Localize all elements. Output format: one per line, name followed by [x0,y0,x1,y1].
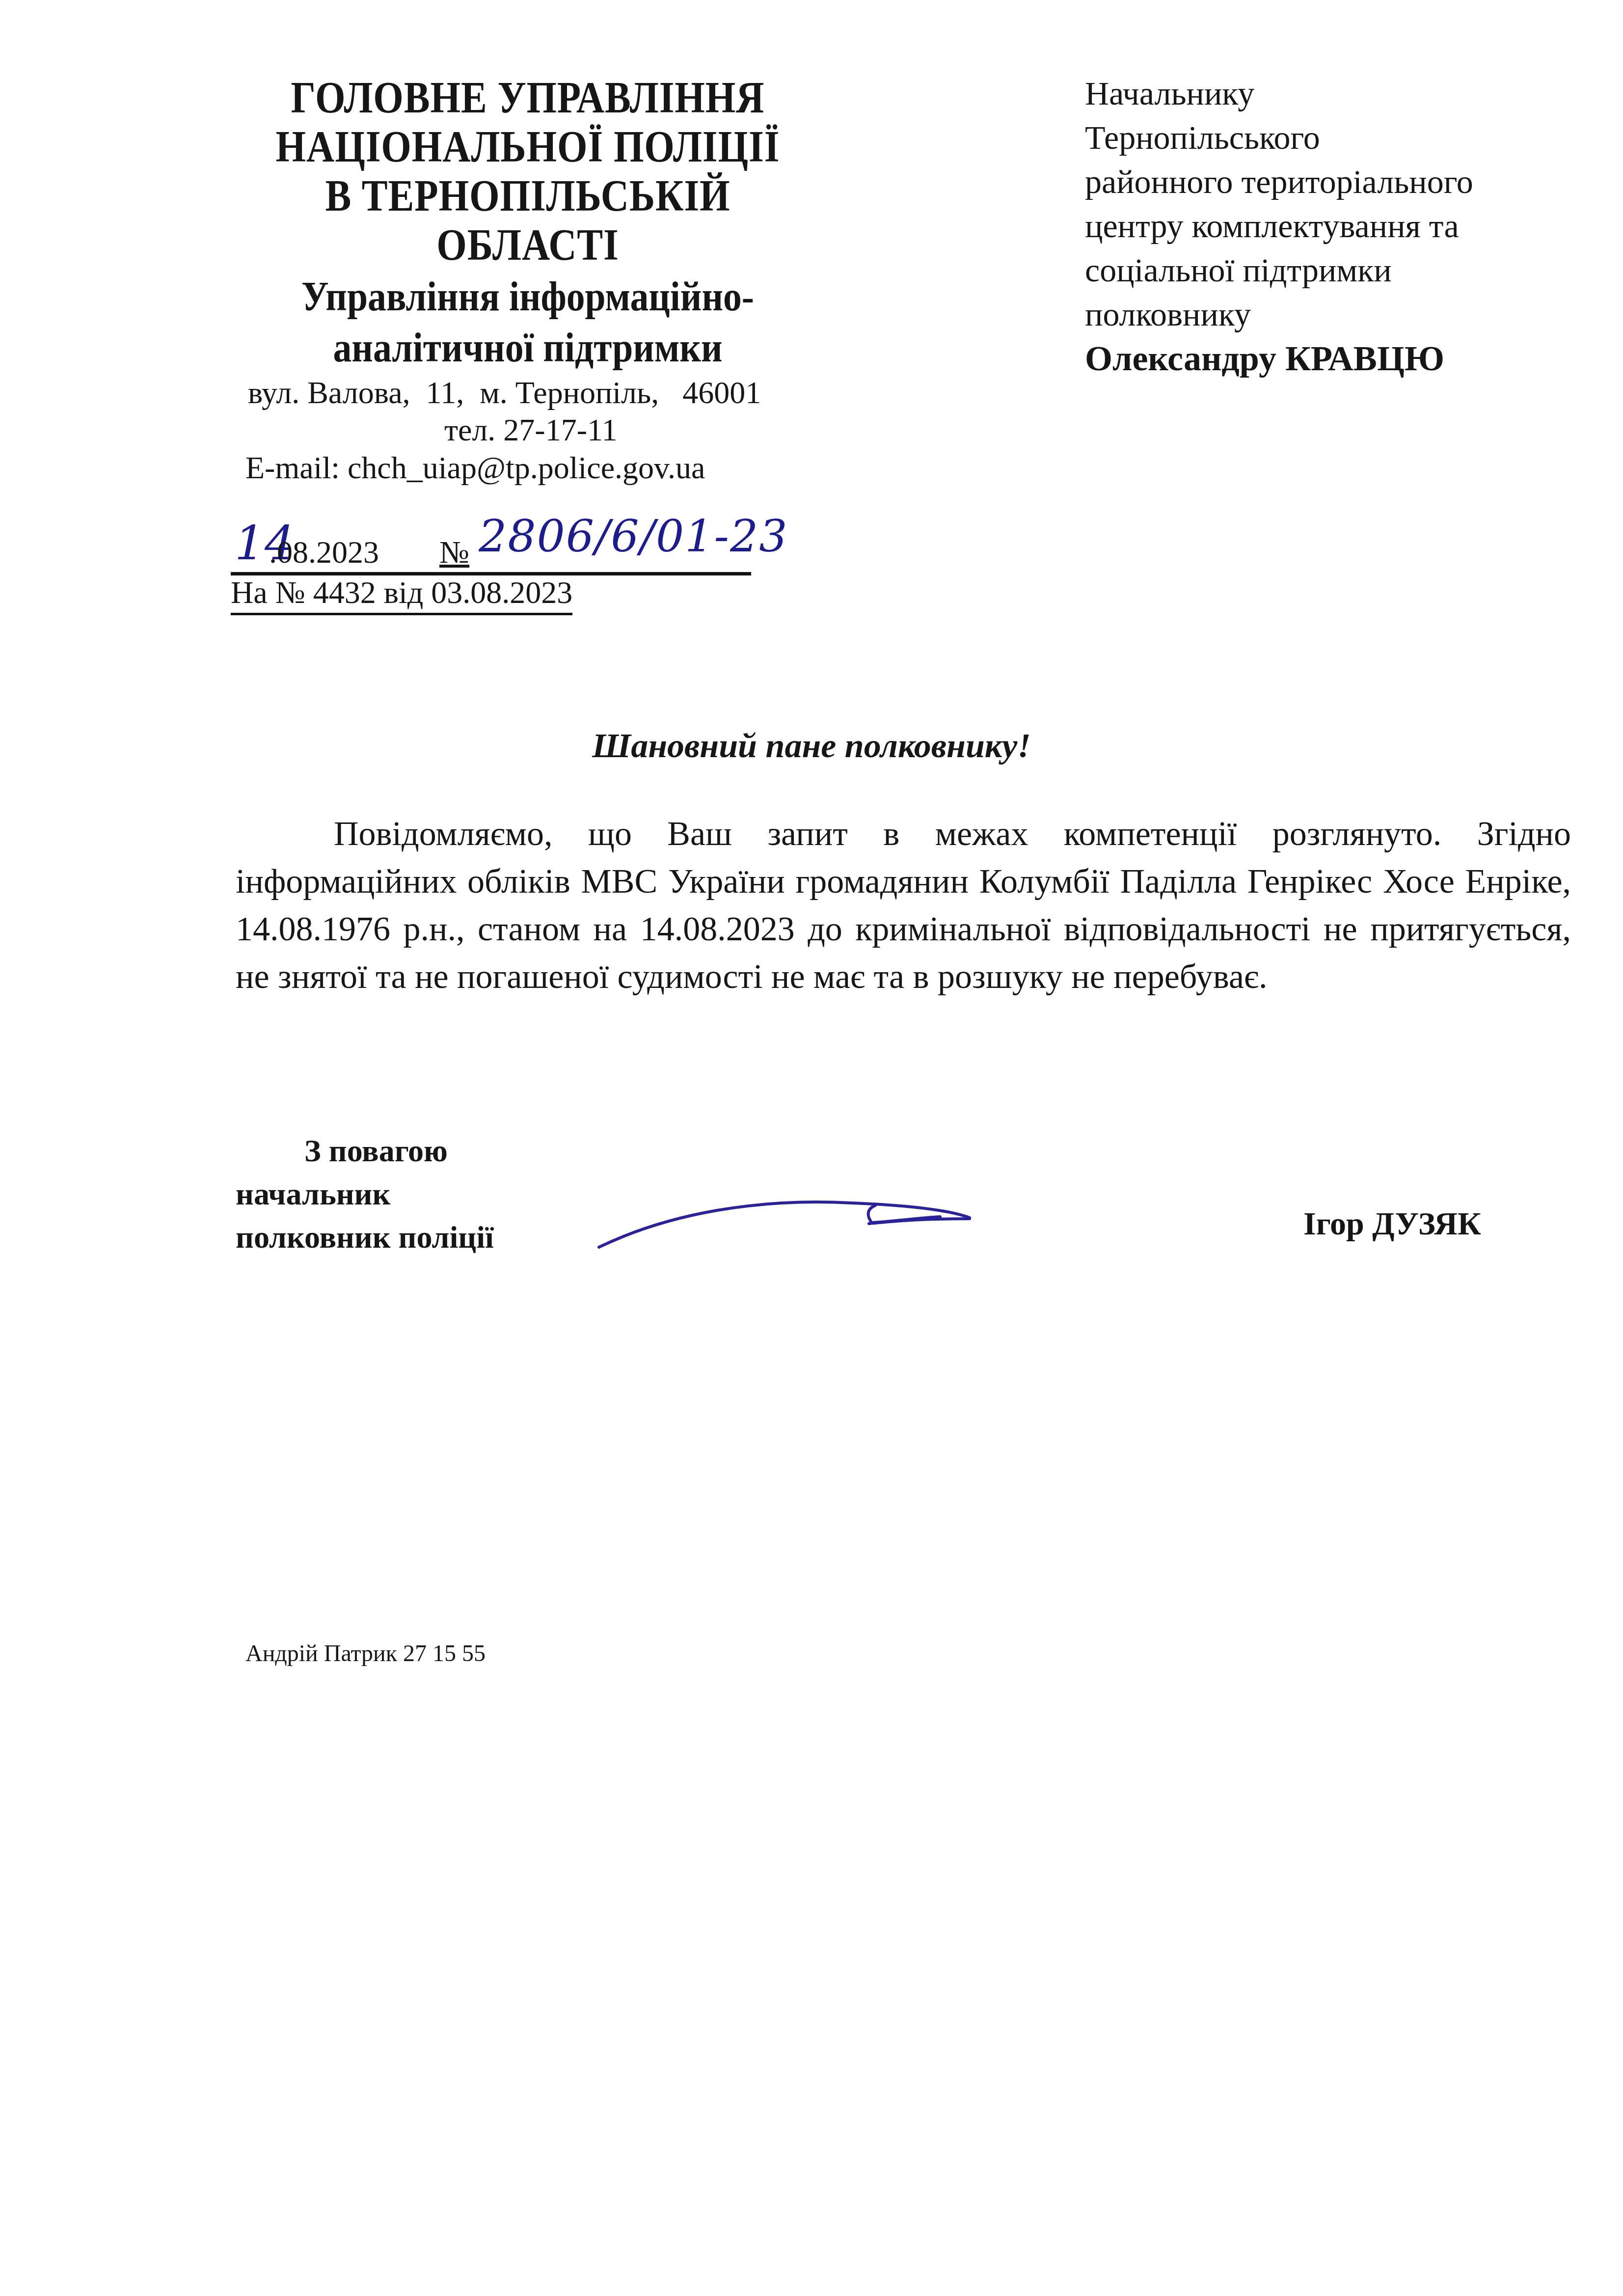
org-line: ОБЛАСТІ [253,221,802,270]
org-line: ГОЛОВНЕ УПРАВЛІННЯ [253,74,802,123]
executor-contact: Андрій Патрик 27 15 55 [245,1640,486,1667]
addressee-line: центру комплектування та [1085,204,1473,248]
salutation: Шановний пане полковнику! [0,727,1623,766]
closing-regards: З повагою [236,1129,494,1173]
closing-rank: полковник поліції [236,1216,494,1259]
org-line: В ТЕРНОПІЛЬСЬКІЙ [253,172,802,221]
addressee-line: районного територіального [1085,160,1473,204]
handwritten-reference-number: 2806/6/01-23 [479,511,788,562]
addressee-line: Начальнику [1085,71,1473,115]
org-email: E-mail: chch_uiap@tp.police.gov.ua [245,449,705,487]
letter-body: Повідомляємо, що Ваш запит в межах компе… [236,810,1571,1001]
signer-name: Ігор ДУЗЯК [1303,1205,1481,1243]
closing-block: З повагою начальник полковник поліції [236,1129,494,1259]
org-phone: тел. 27-17-11 [444,411,618,449]
in-reply-to: На № 4432 від 03.08.2023 [231,574,572,615]
org-address: вул. Валова, 11, м. Тернопіль, 46001 [248,374,761,411]
addressee-line: полковнику [1085,292,1473,336]
organization-header: ГОЛОВНЕ УПРАВЛІННЯ НАЦІОНАЛЬНОЇ ПОЛІЦІЇ … [216,74,839,372]
addressee-block: Начальнику Тернопільського районного тер… [1085,71,1473,381]
department-line: Управління інформаційно- [247,273,809,321]
reference-date: .08.2023 [269,534,379,571]
department-line: аналітичної підтримки [247,324,809,372]
closing-position: начальник [236,1173,494,1216]
addressee-line: Тернопільського [1085,115,1473,160]
addressee-line: соціальної підтримки [1085,248,1473,292]
reference-number-label: № [439,534,469,571]
addressee-name: Олександру КРАВЦЮ [1085,336,1473,381]
signature-icon [596,1183,1156,1262]
org-line: НАЦІОНАЛЬНОЇ ПОЛІЦІЇ [253,123,802,172]
